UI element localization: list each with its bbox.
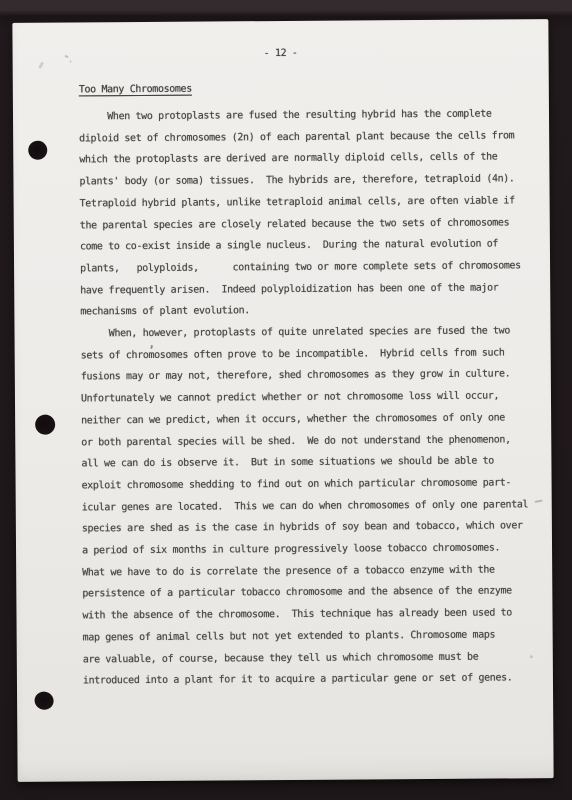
pencil-smudge-mark [38, 61, 44, 69]
document-page: - 12 - Too Many Chromosomes When two pro… [12, 19, 553, 782]
body-text: When two protoplasts are fused the resul… [79, 103, 543, 692]
page-number: - 12 - [13, 46, 549, 61]
punch-hole-top [28, 141, 47, 160]
scan-backdrop: - 12 - Too Many Chromosomes When two pro… [0, 0, 572, 800]
pencil-smudge-mark [70, 60, 72, 62]
paragraph-2: When, however, protoplasts of quite unre… [80, 320, 543, 692]
punch-hole-middle [35, 415, 55, 435]
paragraph-1: When two protoplasts are fused the resul… [79, 103, 541, 323]
punch-hole-bottom [33, 690, 56, 712]
section-heading: Too Many Chromosomes [79, 83, 192, 98]
